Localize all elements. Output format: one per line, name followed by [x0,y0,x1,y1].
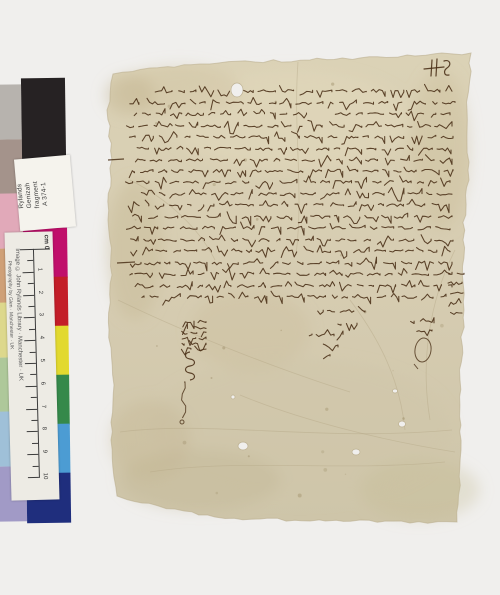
half-cm-tick [28,306,34,307]
manuscript-fragment [0,0,500,595]
cm-tick-5 [25,363,36,364]
photographer-credit: Photography by Glen · Manchester · UK [6,260,14,349]
ruler: cm 0 Photography by Glen · Manchester · … [5,231,60,500]
ruler-number: 5 [39,359,45,362]
half-cm-tick [29,329,35,330]
half-cm-tick [32,443,38,444]
cm-tick-4 [24,340,35,341]
half-cm-tick [31,397,37,398]
cm-tick-10 [28,477,39,478]
half-cm-tick [31,420,37,421]
ruler-ticks: 12345678910 [5,231,53,232]
ruler-number: 4 [38,336,44,339]
ruler-number: 8 [41,427,47,430]
copyright-credit: Image © John Rylands Library · Mancheste… [14,248,23,381]
specimen-label-text: Rylands Genizah fragment A 374-1 [14,155,76,234]
half-cm-tick [28,283,34,284]
half-cm-tick [30,374,36,375]
cm-tick-7 [26,408,37,409]
cm-tick-3 [24,317,35,318]
ruler-number: 6 [39,381,45,384]
cm-tick-8 [27,431,38,432]
ruler-number: 10 [42,473,48,480]
ruler-number: 9 [41,450,47,453]
cm-tick-9 [27,454,38,455]
cm-tick-1 [23,272,34,273]
half-cm-tick [27,260,33,261]
ruler-number: 1 [36,267,42,270]
ruler-number: 7 [40,404,46,407]
half-cm-tick [30,351,36,352]
cm-tick-6 [26,386,37,387]
specimen-label: Rylands Genizah fragment A 374-1 [14,155,76,232]
ruler-number: 3 [38,313,44,316]
half-cm-tick [33,465,39,466]
cm-tick-2 [23,295,34,296]
ruler-cm-label: cm 0 [43,234,50,249]
archival-photo-canvas: Rylands Genizah fragment A 374-1 cm 0 Ph… [0,0,500,595]
ruler-number: 2 [37,290,43,293]
